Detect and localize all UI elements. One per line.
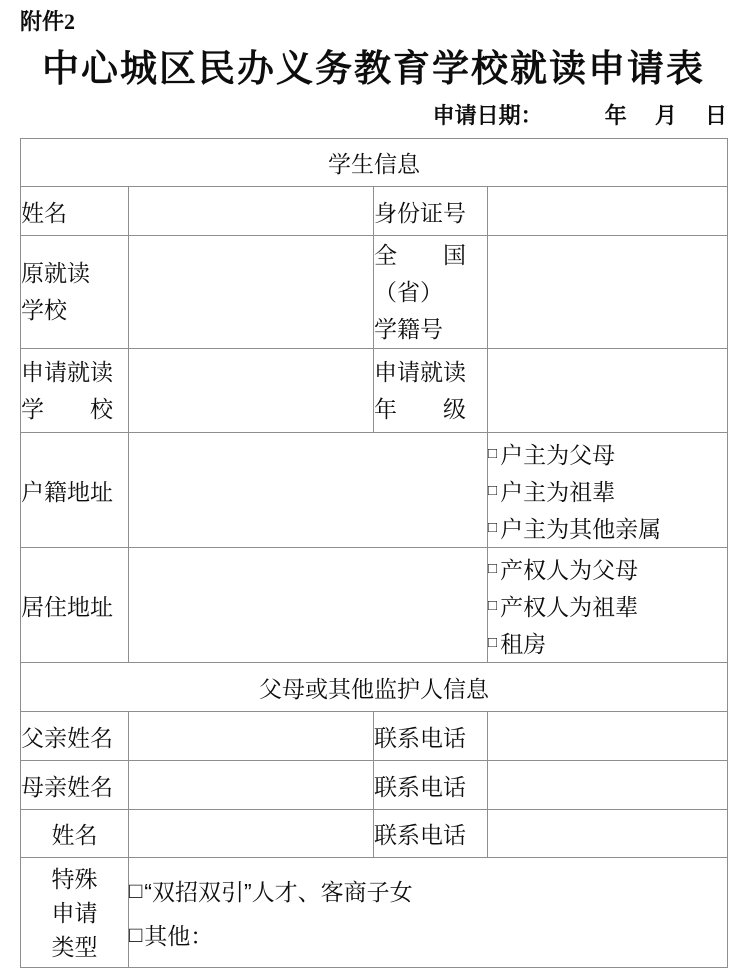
date-month-label: 月: [655, 102, 677, 130]
checkbox-icon[interactable]: □: [488, 446, 497, 461]
applied-grade-input-cell[interactable]: [488, 349, 728, 433]
checkbox-option-label: “双招双引”人才、客商子女: [144, 874, 412, 907]
mother-phone-input-cell[interactable]: [488, 761, 728, 810]
application-form-page: 附件2 中心城区民办义务教育学校就读申请表 申请日期： 年 月 日 学生信息 姓…: [0, 0, 740, 980]
checkbox-icon[interactable]: □: [488, 520, 497, 535]
national-student-id-label: 全 国 （省） 学籍号: [374, 236, 488, 349]
father-name-input-cell[interactable]: [129, 712, 374, 761]
household-address-input-cell[interactable]: [129, 433, 488, 548]
checkbox-option-household-grandparents[interactable]: □户主为祖辈: [488, 472, 727, 509]
checkbox-icon[interactable]: □: [488, 598, 497, 613]
other-guardian-phone-label: 联系电话: [374, 810, 488, 858]
application-form-table: 学生信息 姓名 身份证号 原就读 学校 全 国 （省） 学籍号 申请就读 学 校…: [20, 138, 728, 968]
other-guardian-name-label: 姓名: [21, 810, 129, 858]
checkbox-icon[interactable]: □: [488, 635, 497, 650]
father-phone-label: 联系电话: [374, 712, 488, 761]
property-owner-options: □产权人为父母 □产权人为祖辈 □租房: [488, 548, 728, 663]
father-phone-input-cell[interactable]: [488, 712, 728, 761]
attachment-label: 附件2: [20, 8, 727, 36]
checkbox-option-household-parents[interactable]: □户主为父母: [488, 435, 727, 472]
residence-address-label: 居住地址: [21, 548, 129, 663]
checkbox-option-other[interactable]: □其他：: [129, 913, 727, 957]
application-date-line: 申请日期： 年 月 日: [20, 102, 727, 130]
applied-school-input-cell[interactable]: [129, 349, 374, 433]
checkbox-option-talent-merchant-children[interactable]: □“双招双引”人才、客商子女: [129, 869, 727, 913]
other-guardian-name-input-cell[interactable]: [129, 810, 374, 858]
student-id-number-input-cell[interactable]: [488, 187, 728, 236]
checkbox-option-label: 产权人为父母: [500, 552, 638, 585]
student-id-number-label: 身份证号: [374, 187, 488, 236]
household-owner-options: □户主为父母 □户主为祖辈 □户主为其他亲属: [488, 433, 728, 548]
mother-name-label: 母亲姓名: [21, 761, 129, 810]
checkbox-option-owner-grandparents[interactable]: □产权人为祖辈: [488, 587, 727, 624]
previous-school-input-cell[interactable]: [129, 236, 374, 349]
checkbox-option-label: 其他：: [144, 918, 213, 951]
checkbox-option-owner-parents[interactable]: □产权人为父母: [488, 550, 727, 587]
checkbox-icon[interactable]: □: [129, 924, 142, 946]
checkbox-option-household-other-relatives[interactable]: □户主为其他亲属: [488, 509, 727, 546]
date-year-label: 年: [605, 102, 627, 130]
checkbox-icon[interactable]: □: [488, 483, 497, 498]
section-guardian-info: 父母或其他监护人信息: [21, 663, 728, 712]
checkbox-option-label: 租房: [500, 626, 546, 659]
checkbox-option-label: 户主为其他亲属: [500, 511, 661, 544]
checkbox-option-renting[interactable]: □租房: [488, 624, 727, 661]
applied-school-label: 申请就读 学 校: [21, 349, 129, 433]
mother-phone-label: 联系电话: [374, 761, 488, 810]
student-name-label: 姓名: [21, 187, 129, 236]
checkbox-option-label: 户主为父母: [500, 437, 615, 470]
applied-grade-label: 申请就读 年 级: [374, 349, 488, 433]
national-student-id-input-cell[interactable]: [488, 236, 728, 349]
special-application-type-options: □“双招双引”人才、客商子女 □其他：: [129, 858, 728, 968]
household-address-label: 户籍地址: [21, 433, 129, 548]
checkbox-icon[interactable]: □: [129, 880, 142, 902]
special-application-type-label: 特殊 申请 类型: [21, 858, 129, 968]
father-name-label: 父亲姓名: [21, 712, 129, 761]
student-name-input-cell[interactable]: [129, 187, 374, 236]
checkbox-icon[interactable]: □: [488, 561, 497, 576]
section-student-info: 学生信息: [21, 139, 728, 187]
residence-address-input-cell[interactable]: [129, 548, 488, 663]
mother-name-input-cell[interactable]: [129, 761, 374, 810]
date-label: 申请日期：: [433, 103, 543, 128]
checkbox-option-label: 产权人为祖辈: [500, 589, 638, 622]
page-title: 中心城区民办义务教育学校就读申请表: [20, 48, 727, 92]
previous-school-label: 原就读 学校: [21, 236, 129, 349]
date-day-label: 日: [705, 102, 727, 130]
checkbox-option-label: 户主为祖辈: [500, 474, 615, 507]
other-guardian-phone-input-cell[interactable]: [488, 810, 728, 858]
